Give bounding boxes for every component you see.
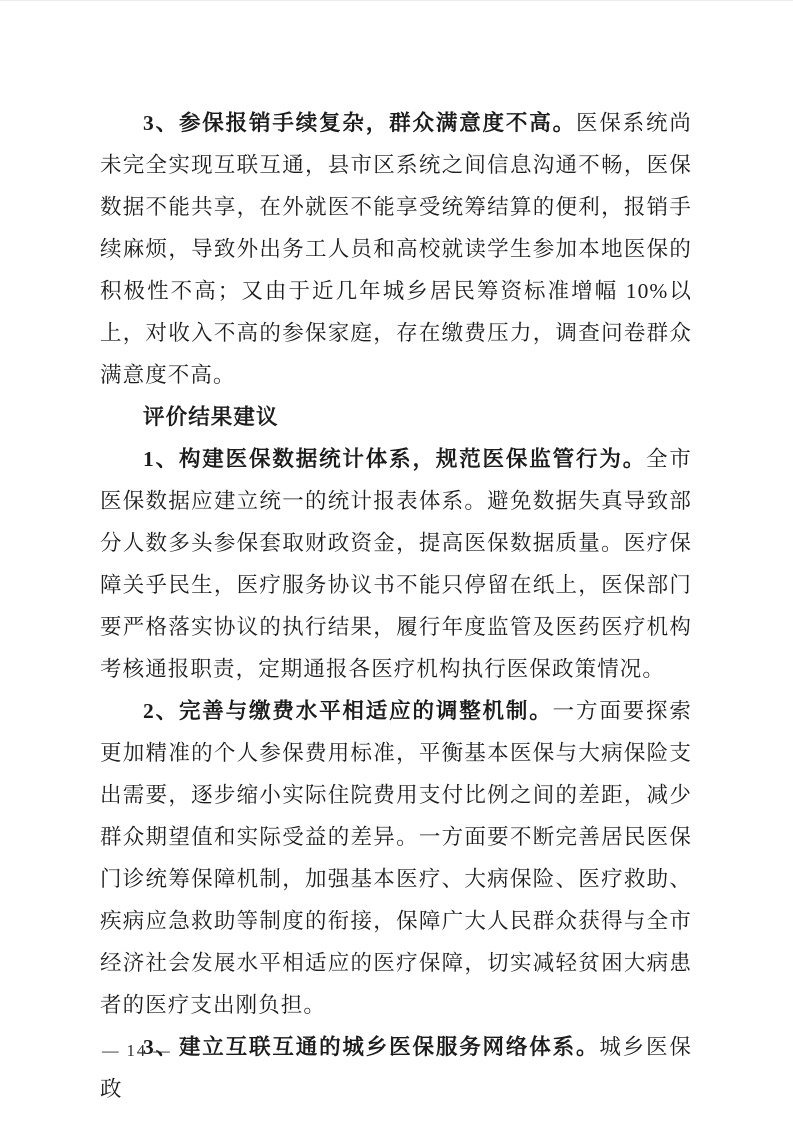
paragraph-recommendation-3: 3、建立互联互通的城乡医保服务网络体系。城乡医保政 <box>100 1026 692 1110</box>
paragraph-issue-3: 3、参保报销手续复杂，群众满意度不高。医保系统尚未完全实现互联互通，县市区系统之… <box>100 102 692 396</box>
paragraph-recommendation-2: 2、完善与缴费水平相适应的调整机制。一方面要探索更加精准的个人参保费用标准，平衡… <box>100 690 692 1026</box>
section-heading-recommendations: 评价结果建议 <box>100 396 692 438</box>
paragraph-text: 医保系统尚未完全实现互联互通，县市区系统之间信息沟通不畅，医保数据不能共享，在外… <box>100 111 692 387</box>
paragraph-lead-bold: 2、完善与缴费水平相适应的调整机制。 <box>143 699 553 723</box>
paragraph-recommendation-1: 1、构建医保数据统计体系，规范医保监管行为。全市医保数据应建立统一的统计报表体系… <box>100 438 692 690</box>
paragraph-text: 全市医保数据应建立统一的统计报表体系。避免数据失真导致部分人数多头参保套取财政资… <box>100 447 692 681</box>
page-number: — 14 — <box>102 1039 172 1063</box>
paragraph-lead-bold: 3、建立互联互通的城乡医保服务网络体系。 <box>143 1035 599 1059</box>
paragraph-lead-bold: 1、构建医保数据统计体系，规范医保监管行为。 <box>143 447 646 471</box>
paragraph-lead-bold: 3、参保报销手续复杂，群众满意度不高。 <box>143 111 576 135</box>
document-page: 3、参保报销手续复杂，群众满意度不高。医保系统尚未完全实现互联互通，县市区系统之… <box>0 0 793 1122</box>
document-body: 3、参保报销手续复杂，群众满意度不高。医保系统尚未完全实现互联互通，县市区系统之… <box>100 102 692 1110</box>
paragraph-text: 一方面要探索更加精准的个人参保费用标准，平衡基本医保与大病保险支出需要，逐步缩小… <box>100 699 692 1017</box>
